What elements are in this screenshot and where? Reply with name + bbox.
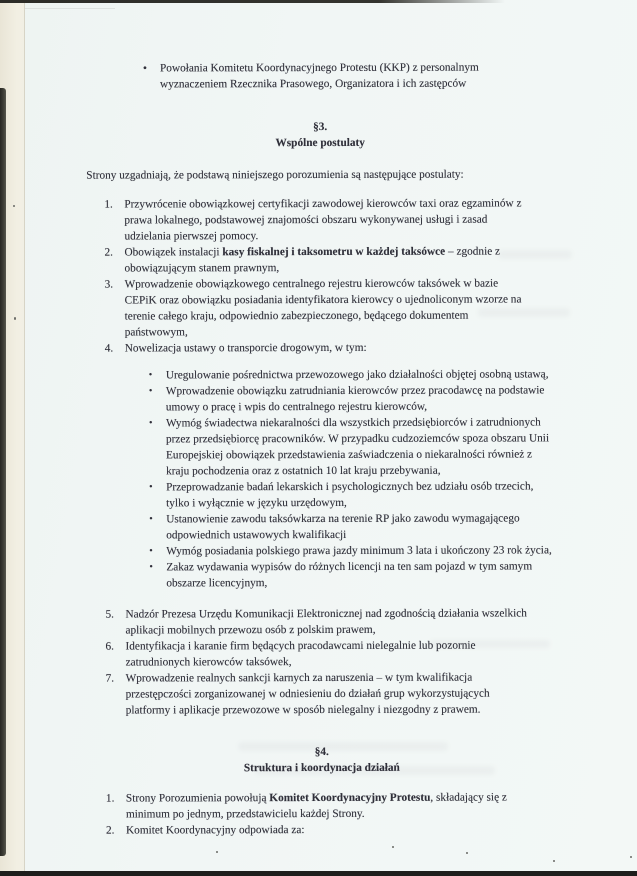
item-text: Przywrócenie obowiązkowej certyfikacji z… xyxy=(124,195,526,244)
list-item: 2. Obowiązek instalacji kasy fiskalnej i… xyxy=(86,243,554,276)
scan-bottom-shadow xyxy=(0,871,637,876)
item-text: Nowelizacja ustawy o transporcie drogowy… xyxy=(125,339,527,356)
bullet-icon: • xyxy=(149,479,166,511)
list-item-text: Powołania Komitetu Koordynacyjnego Prote… xyxy=(160,59,522,92)
item-text: Przeprowadzanie badań lekarskich i psych… xyxy=(166,478,555,511)
list-item: • Wprowadzenie obowiązku zatrudniania ki… xyxy=(87,382,555,415)
bullet-icon: • xyxy=(143,60,160,92)
item-number: 7. xyxy=(106,671,126,719)
scan-top-faint-line xyxy=(25,8,115,9)
list-item: 1. Przywrócenie obowiązkowej certyfikacj… xyxy=(86,195,554,244)
document-body: • Powołania Komitetu Koordynacyjnego Pro… xyxy=(86,59,556,838)
numbered-list-postulates-cont: 5. Nadzór Prezesa Urzędu Komunikacji Ele… xyxy=(87,605,555,718)
list-item-kkp: • Powołania Komitetu Koordynacyjnego Pro… xyxy=(143,59,554,92)
bullet-icon: • xyxy=(149,383,166,415)
item-text: Wprowadzenie realnych sankcji karnych za… xyxy=(126,669,528,718)
item-text: Zakaz wydawania wypisów do różnych licen… xyxy=(166,558,555,591)
dust-speck xyxy=(216,851,218,853)
scanned-page: • Powołania Komitetu Koordynacyjnego Pro… xyxy=(0,0,637,876)
section-heading-4: §4. Struktura i koordynacja działań xyxy=(88,743,556,776)
item-text: Wprowadzenie obowiązku zatrudniania kier… xyxy=(166,382,555,415)
dust-speck xyxy=(13,205,15,207)
item-text: Nadzór Prezesa Urzędu Komunikacji Elektr… xyxy=(125,605,527,638)
numbered-list-structure: 1. Strony Porozumienia powołują Komitet … xyxy=(88,789,556,838)
dust-speck xyxy=(14,317,16,320)
item-text: Identyfikacja i karanie firm będących pr… xyxy=(125,637,527,670)
list-item: • Przeprowadzanie badań lekarskich i psy… xyxy=(87,478,555,511)
item-number: 4. xyxy=(105,341,125,357)
dust-speck xyxy=(553,860,555,862)
section-number: §3. xyxy=(86,118,554,135)
item-number: 3. xyxy=(105,277,125,341)
item-text: Wymóg posiadania polskiego prawa jazdy m… xyxy=(166,542,555,559)
item-text: Obowiązek instalacji kasy fiskalnej i ta… xyxy=(124,243,526,276)
list-item: • Wymóg świadectwa niekaralności dla wsz… xyxy=(87,414,555,479)
item-text: Komitet Koordynacyjny odpowiada za: xyxy=(126,821,528,838)
list-item: 7. Wprowadzenie realnych sankcji karnych… xyxy=(88,669,556,718)
dust-speck xyxy=(630,856,632,858)
section-heading-3: §3. Wspólne postulaty xyxy=(86,118,554,151)
list-item: • Zakaz wydawania wypisów do różnych lic… xyxy=(87,558,555,591)
item-text: Uregulowanie pośrednictwa przewozowego j… xyxy=(166,366,555,383)
section-number: §4. xyxy=(88,743,556,760)
item-text: Strony Porozumienia powołują Komitet Koo… xyxy=(126,789,528,822)
scan-top-shadow xyxy=(0,0,505,3)
bullet-icon: • xyxy=(149,543,166,559)
scan-page-edge-line xyxy=(24,0,25,876)
item-number: 2. xyxy=(104,245,124,277)
dust-speck xyxy=(392,846,394,848)
list-item: 1. Strony Porozumienia powołują Komitet … xyxy=(88,789,556,822)
section-title: Wspólne postulaty xyxy=(86,134,554,151)
list-item: • Wymóg posiadania polskiego prawa jazdy… xyxy=(87,542,555,559)
dust-speck xyxy=(466,852,468,854)
list-item: • Ustanowienie zawodu taksówkarza na ter… xyxy=(87,510,555,543)
item-number: 2. xyxy=(106,823,126,839)
list-item: 3. Wprowadzenie obowiązkowego centralneg… xyxy=(87,275,555,340)
item-number: 5. xyxy=(105,607,125,639)
item-text: Ustanowienie zawodu taksówkarza na teren… xyxy=(166,510,555,543)
numbered-list-postulates: 1. Przywrócenie obowiązkowej certyfikacj… xyxy=(86,195,554,356)
bullet-icon: • xyxy=(149,559,166,591)
list-item: • Uregulowanie pośrednictwa przewozowego… xyxy=(87,366,555,383)
item-number: 1. xyxy=(106,791,126,823)
list-item: 4. Nowelizacja ustawy o transporcie drog… xyxy=(87,339,555,356)
bullet-icon: • xyxy=(149,415,166,479)
list-item: 2. Komitet Koordynacyjny odpowiada za: xyxy=(88,821,556,838)
list-item: 6. Identyfikacja i karanie firm będących… xyxy=(87,637,555,670)
bullet-icon: • xyxy=(149,511,166,543)
sub-bullet-list: • Uregulowanie pośrednictwa przewozowego… xyxy=(87,366,556,591)
item-text: Wymóg świadectwa niekaralności dla wszys… xyxy=(166,414,555,479)
bullet-icon: • xyxy=(149,367,166,383)
item-number: 1. xyxy=(104,197,124,245)
scan-left-shadow xyxy=(0,88,6,856)
item-text: Wprowadzenie obowiązkowego centralnego r… xyxy=(125,275,527,340)
section-title: Struktura i koordynacja działań xyxy=(88,759,556,776)
list-item: 5. Nadzór Prezesa Urzędu Komunikacji Ele… xyxy=(87,605,555,638)
section-intro: Strony uzgadniają, że podstawą niniejsze… xyxy=(86,166,554,183)
item-number: 6. xyxy=(105,639,125,671)
